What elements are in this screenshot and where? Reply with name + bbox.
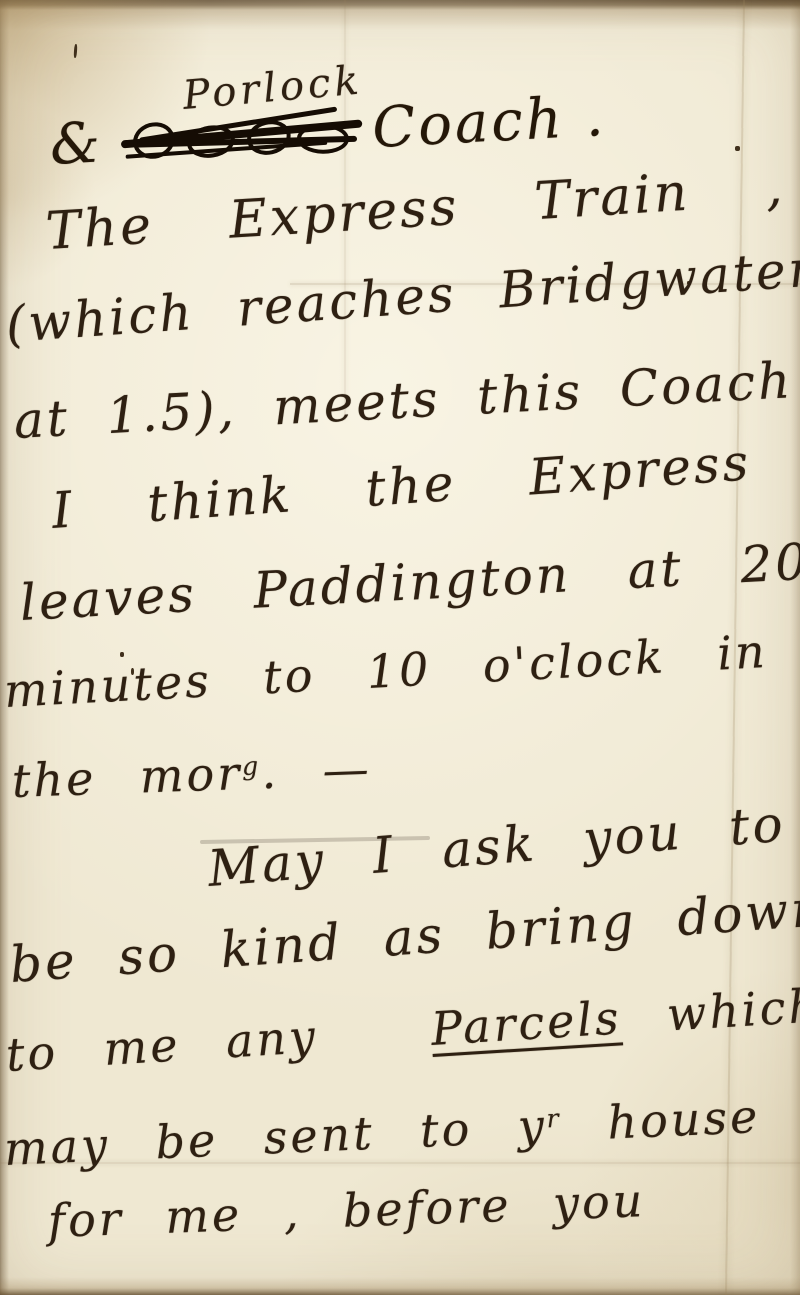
ink-speck-left-margin-1: [120, 652, 124, 657]
period-dash: . —: [260, 741, 372, 799]
superscript-r: r: [546, 1104, 562, 1134]
ink-speck-right-of-coach: [735, 146, 740, 151]
word-which: which: [665, 978, 800, 1041]
word-the-mor: the mor: [11, 746, 243, 808]
scribbled-out-word: [123, 104, 357, 166]
ampersand: &: [48, 110, 104, 178]
word-coach: Coach .: [371, 84, 608, 161]
scribble-loop: [297, 123, 350, 154]
line-the-morg-dash: the morg. —: [11, 745, 372, 804]
superscript-g: g: [241, 751, 261, 781]
letter-page: Porlock & Coach . The Express Train , (w…: [0, 0, 800, 1295]
word-house: house: [606, 1089, 761, 1150]
